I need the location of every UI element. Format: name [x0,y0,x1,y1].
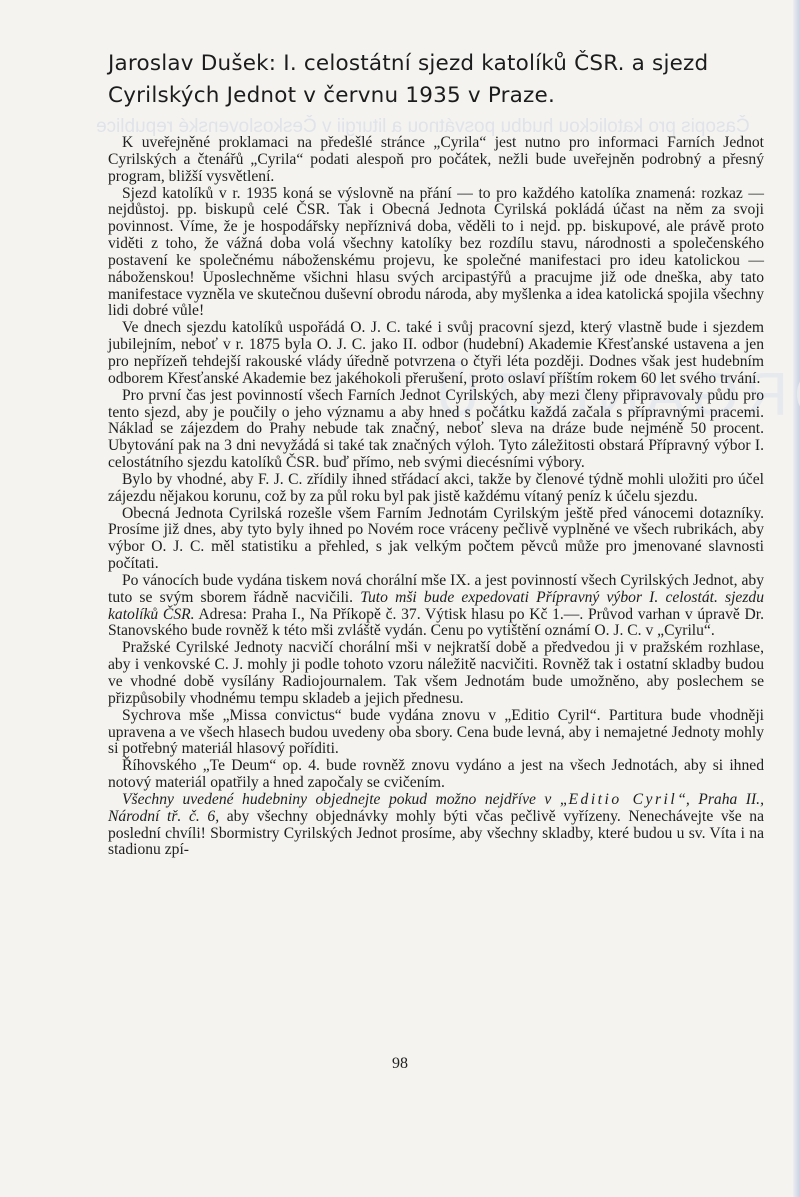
paragraph: Obecná Jednota Cyrilská rozešle všem Far… [108,506,764,573]
paragraph: Říhovského „Te Deum“ op. 4. bude rovněž … [108,758,764,792]
article-title: Jaroslav Dušek: I. celostátní sjezd kato… [108,48,748,112]
paragraph: Ve dnech sjezdu katolíků uspořádá O. J. … [108,320,764,387]
paragraph: Po vánocích bude vydána tiskem nová chor… [108,573,764,640]
page-number: 98 [0,1055,800,1073]
article-body: K uveřejněné proklamaci na předešlé strá… [108,135,764,859]
paragraph: Pro první čas jest povinností všech Farn… [108,388,764,472]
paragraph: Pražské Cyrilské Jednoty nacvičí choráln… [108,640,764,707]
text-run: Adresa: Praha I., Na Příkopě č. 37. Výti… [108,606,764,640]
italic-spaced-run: Editio Cyril [569,791,678,808]
scanned-page: Časopis pro katolickou hudbu posvátnou a… [0,0,800,1197]
paragraph: K uveřejněné proklamaci na předešlé strá… [108,135,764,186]
page-edge-shadow [793,0,800,1197]
paragraph: Sjezd katolíků v r. 1935 koná se výslovn… [108,186,764,321]
italic-run: Všechny uvedené hudebniny objednejte pok… [122,791,569,808]
paragraph: Sychrova mše „Missa convictus“ bude vydá… [108,708,764,759]
paragraph: Všechny uvedené hudebniny objednejte pok… [108,792,764,859]
paragraph: Bylo by vhodné, aby F. J. C. zřídily ihn… [108,472,764,506]
